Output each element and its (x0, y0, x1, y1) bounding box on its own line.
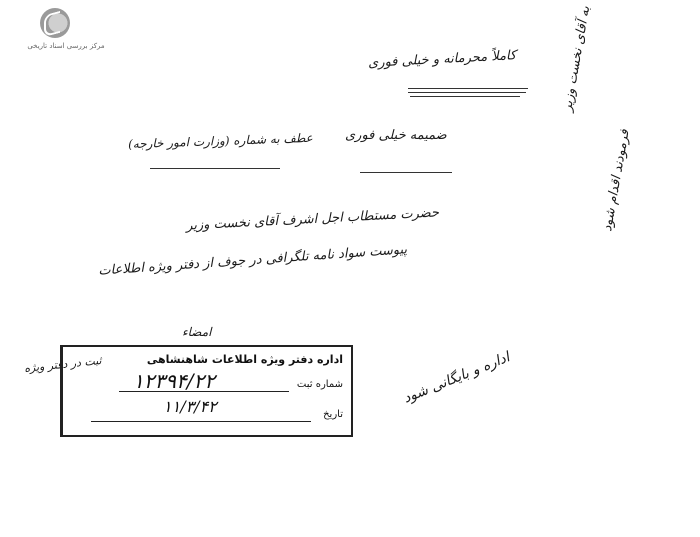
classification-heading: کاملاً محرمانه و خیلی فوری (368, 48, 517, 71)
stamp-number-value: ۱۲۳۹۴/۲۲ (133, 369, 215, 393)
heading-underline-2 (408, 92, 526, 93)
stamp-date-value: ۱۱/۳/۴۲ (163, 397, 217, 416)
signature-mark: امضاء (182, 325, 211, 339)
bottom-annotation: اداره و بایگانی شود (401, 349, 512, 406)
stamp-date-label: تاریخ (323, 409, 343, 420)
salutation-line: حضرت مستطاب اجل اشرف آقای نخست وزیر (186, 205, 440, 233)
body-line: پیوست سواد نامه تلگرافی در جوف از دفتر و… (98, 242, 408, 279)
archive-logo: مرکز بررسی اسناد تاریخی (8, 6, 123, 56)
reference-line: عطف به شماره (وزارت امور خارجه) (128, 131, 313, 151)
side-annotation-2: فرمودند اقدام شود (600, 128, 633, 232)
heading-underline-1 (408, 88, 528, 89)
registry-stamp: اداره دفتر ویژه اطلاعات شاهنشاهی شماره ث… (60, 345, 353, 437)
stamp-number-label: شماره ثبت (297, 379, 343, 390)
reference-underline (150, 168, 280, 169)
archive-book-logo-icon (40, 8, 70, 38)
stamp-date-dashline (91, 421, 311, 422)
heading-underline-3 (410, 96, 520, 97)
archive-logo-text: مرکز بررسی اسناد تاریخی (10, 42, 122, 50)
recipient-underline (360, 172, 452, 173)
stamp-title: اداره دفتر ویژه اطلاعات شاهنشاهی (147, 353, 343, 366)
side-annotation-1: به آقای نخست وزیر (560, 5, 593, 113)
recipient-line: ضمیمه خیلی فوری (345, 128, 447, 143)
